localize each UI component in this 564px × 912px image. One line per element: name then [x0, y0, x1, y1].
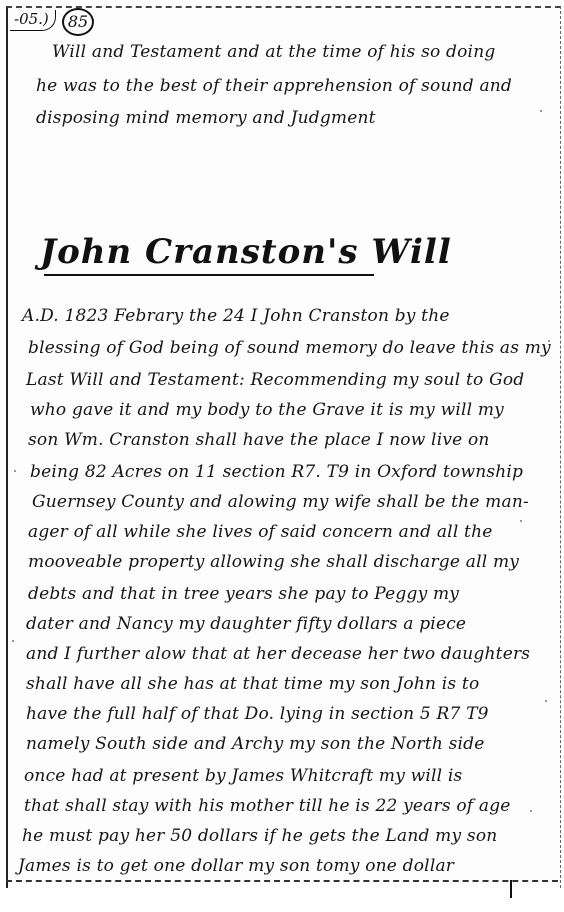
scan-speck	[540, 110, 542, 112]
scan-speck	[545, 700, 547, 702]
body-line: blessing of God being of sound memory do…	[28, 338, 551, 358]
will-title: John Cranston's Will	[40, 232, 452, 272]
page-number: 85	[62, 8, 94, 36]
body-line: Last Will and Testament: Recommending my…	[26, 370, 524, 390]
body-line: James is to get one dollar my son tomy o…	[18, 856, 454, 876]
page-bottom-edge	[6, 880, 558, 896]
body-line: son Wm. Cranston shall have the place I …	[28, 430, 490, 450]
body-line: who gave it and my body to the Grave it …	[30, 400, 504, 420]
preamble-line: disposing mind memory and Judgment	[36, 108, 376, 128]
scan-speck	[520, 520, 522, 522]
body-line: once had at present by James Whitcraft m…	[24, 766, 462, 786]
body-line: namely South side and Archy my son the N…	[26, 734, 485, 754]
body-line: have the full half of that Do. lying in …	[26, 704, 489, 724]
body-line: dater and Nancy my daughter fifty dollar…	[26, 614, 466, 634]
body-line: debts and that in tree years she pay to …	[28, 584, 459, 604]
preamble-line: he was to the best of their apprehension…	[36, 76, 512, 96]
preamble-line: Will and Testament and at the time of hi…	[52, 42, 495, 62]
body-line: ager of all while she lives of said conc…	[28, 522, 493, 542]
scan-speck	[530, 810, 532, 812]
body-line: and I further alow that at her decease h…	[26, 644, 530, 664]
body-line: A.D. 1823 Febrary the 24 I John Cranston…	[22, 306, 450, 326]
body-line: Guernsey County and alowing my wife shal…	[32, 492, 529, 512]
body-line: that shall stay with his mother till he …	[24, 796, 511, 816]
title-underline	[44, 274, 374, 276]
scan-speck	[548, 340, 550, 342]
scan-speck	[14, 470, 16, 472]
margin-bracket-mark	[510, 880, 512, 898]
body-line: being 82 Acres on 11 section R7. T9 in O…	[30, 462, 523, 482]
body-line: he must pay her 50 dollars if he gets th…	[22, 826, 497, 846]
left-margin-mark: -05.)	[10, 10, 56, 31]
scan-speck	[12, 640, 14, 642]
body-line: shall have all she has at that time my s…	[26, 674, 479, 694]
body-line: mooveable property allowing she shall di…	[28, 552, 519, 572]
